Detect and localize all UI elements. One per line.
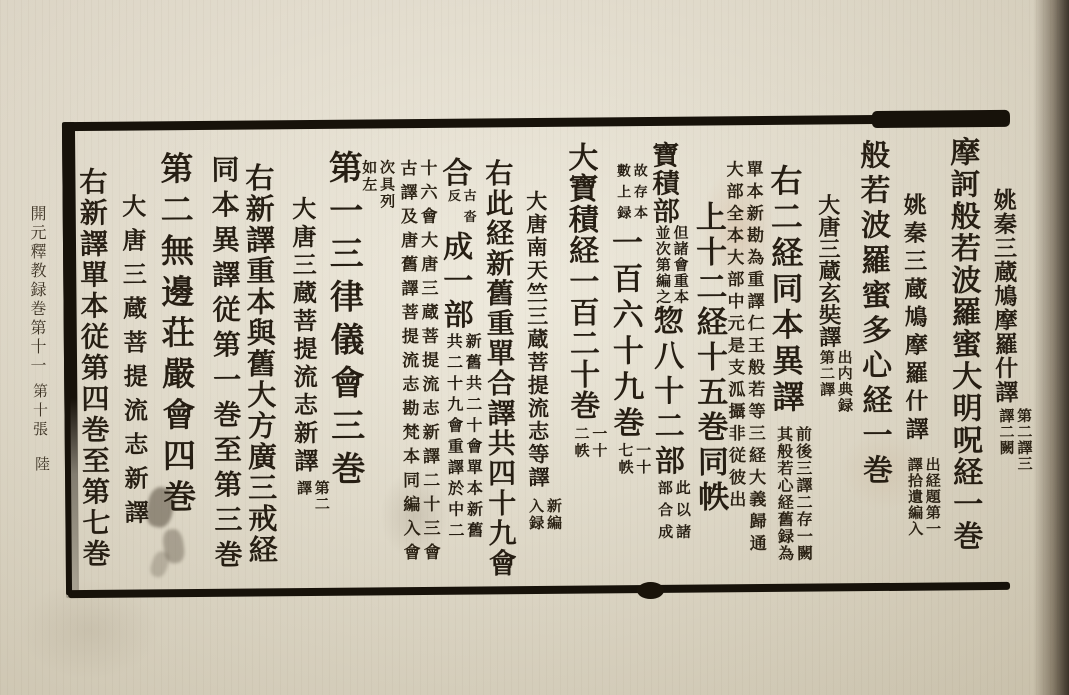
note-left-line: 七帙: [616, 442, 633, 476]
note-left-line: 如左: [359, 159, 376, 210]
statement-head: 合: [437, 157, 470, 189]
translator-line: 大唐三蔵玄奘譯: [816, 193, 842, 347]
note-left-line: 部合成: [655, 480, 672, 546]
inline-note: 新舊共二十會單本新舊共二十九會重譯於中二: [442, 332, 483, 542]
section-count: 惣八十二部: [649, 305, 684, 480]
column-translator-kumarajiva-prev: 姚秦三蔵鳩摩羅什譯: [992, 188, 1017, 404]
frame-top-border: [62, 114, 1010, 131]
sutra-title: 般若波羅蜜多心経一巻: [855, 139, 891, 489]
column-note-assemblies-detail: 十六會大唐三蔵菩提流志新譯二十三會 古譯及唐舊譯菩提流志勘梵本同編入會: [396, 159, 441, 567]
note-right-line: 前後三譯二存一闕: [793, 426, 812, 562]
column-statement-twelve-sutras: 上十二経十五巻同帙: [693, 200, 727, 515]
translator-line: 大唐南天竺三蔵菩提流志等譯: [524, 190, 551, 489]
note-right-line: 次具列: [377, 159, 394, 210]
column-note-continuation: 單本新勘為重譯仁王般若等三経大義歸通 大部全本大部中元是支泒攝非従彼出: [722, 160, 767, 556]
column-translator-xuanzang: 大唐三蔵玄奘譯: [817, 193, 840, 347]
note-two-sutras: 前後三譯二存一闕 其般若心経舊録為: [773, 426, 813, 562]
statement-line: 上十二経十五巻同帙: [691, 200, 729, 515]
column-statement-two-sutras: 右二経同本異譯: [768, 164, 802, 416]
note-right-line: 新舊共二十會單本新舊: [462, 333, 482, 543]
translator-line: 大唐三蔵菩提流志新譯: [288, 196, 316, 476]
column-translator-kumarajiva: 姚秦三蔵鳩摩羅什譯: [902, 193, 927, 445]
column-title-da-baoji-jing: 大寶積経一百二十巻: [564, 142, 596, 421]
statement-line: 右此経新舊重單合譯共四十九會: [481, 158, 516, 578]
page-gutter-shadow: [1033, 0, 1069, 695]
column-statement-49-assemblies: 右此経新舊重單合譯共四十九會: [482, 158, 514, 578]
statement-line: 右二経同本異譯: [766, 164, 804, 416]
note-right-line: 第二: [312, 480, 329, 512]
juan-count: 一百六十九巻: [607, 226, 644, 442]
note-left-line: 並次第編之: [653, 225, 670, 305]
note-right-line: 新編: [544, 498, 561, 532]
frame-bottom-border: [68, 582, 1010, 598]
note-left-line: 入録: [526, 498, 543, 532]
note-newly-compiled: 新編 入録: [525, 498, 562, 532]
note-translator-xuanzang: 出内典録 第二譯: [816, 349, 853, 413]
sheet-number-text: 第十張: [31, 383, 47, 440]
running-title-text: 開元釋教録巻第十一: [28, 205, 45, 376]
column-statement-sanjie-jing: 右新譯重本與舊大方廣三戒経: [242, 162, 275, 565]
column-note-listed-below: 次具列 如左: [358, 159, 395, 210]
note-right-line: 但諸會重本: [671, 225, 688, 305]
column-statement-one-bu: 合古沓反成一部新舊共二十會單本新舊共二十九會重譯於中二: [438, 157, 483, 543]
translator-line: 姚秦三蔵鳩摩羅什譯: [991, 188, 1018, 404]
statement-line: 同本異譯従第一巻至第三巻: [207, 155, 242, 575]
column-title-assembly1-sanluyi: 第一三律儀會三巻: [324, 150, 361, 494]
assembly-title: 第二無邊荘嚴會四巻: [155, 151, 194, 520]
note-left-line: 其般若心経舊録為: [774, 426, 793, 562]
inline-note: 一十七帙: [615, 442, 652, 476]
frame-ink-thickening: [872, 110, 1010, 128]
note-right-line: 單本新勘為重譯仁王般若等三経大義歸通: [743, 160, 765, 556]
column-title-heart-sutra: 般若波羅蜜多心経一巻: [856, 139, 889, 489]
inline-note: 故存本數上録: [613, 163, 648, 226]
note-translator-kumarajiva-prev: 第二譯三 譯二闕: [995, 408, 1032, 472]
sutra-title: 摩訶般若波羅蜜大明呪経一巻: [945, 136, 982, 552]
note-right-line: 此以諸: [673, 480, 690, 546]
ink-smudge: [148, 549, 172, 579]
statement-line: 右新譯重本與舊大方廣三戒経: [241, 162, 277, 565]
note-right-line: 第二譯三: [1014, 408, 1031, 472]
column-section-header-baoji: 寶積部但諸會重本並次第編之惣八十二部此以諸部合成: [648, 141, 691, 546]
note-translator-kumarajiva: 出経題第一 譯拾遺編入: [904, 456, 941, 536]
column-title-assembly2-wubian: 第二無邊荘嚴會四巻: [156, 151, 192, 520]
note-left-line: 共二十九會重譯於中二: [443, 333, 463, 543]
sutra-title: 大寶積経一百二十巻: [563, 141, 598, 420]
note-left-line: 二帙: [572, 426, 589, 460]
statement-line: 右新譯單本従第四巻至第七巻: [75, 167, 110, 570]
inline-note: 此以諸部合成: [654, 480, 691, 546]
note-left-line: 譯: [294, 480, 311, 512]
scanned-catalog-page: 姚秦三蔵鳩摩羅什譯 第二譯三 譯二闕 摩訶般若波羅蜜大明呪経一巻 姚秦三蔵鳩摩羅…: [0, 0, 1069, 695]
column-translator-bodhiruci-2nd: 大唐三蔵菩提流志新譯: [289, 196, 315, 476]
text-frame-border: 姚秦三蔵鳩摩羅什譯 第二譯三 譯二闕 摩訶般若波羅蜜大明呪経一巻 姚秦三蔵鳩摩羅…: [62, 114, 1014, 598]
note-right-line: 十六會大唐三蔵菩提流志新譯二十三會: [417, 159, 440, 567]
note-right-line: 故存本: [631, 163, 647, 226]
note-right-line: 出経題第一: [923, 457, 940, 537]
note-left-line: 譯拾遺編入: [905, 457, 922, 537]
margin-sheet-mark: 陸: [33, 456, 48, 471]
margin-sheet-number: 第十張: [31, 383, 46, 440]
assembly-title: 第一三律儀會三巻: [323, 150, 363, 494]
translator-line: 大唐三蔵菩提流志新譯: [118, 193, 147, 533]
note-right-line: 一十: [633, 442, 650, 476]
column-title-daming-zhou-jing: 摩訶般若波羅蜜大明呪経一巻: [946, 136, 980, 552]
column-statement-juan4-7: 右新譯單本従第四巻至第七巻: [76, 167, 108, 570]
section-name: 寶積部: [648, 141, 679, 225]
column-translator-bodhiruci-et-al: 大唐南天竺三蔵菩提流志等譯: [525, 190, 549, 489]
sheet-mark-text: 陸: [33, 456, 49, 471]
ink-blot: [637, 582, 664, 599]
column-statement-juan1-3: 同本異譯従第一巻至第三巻: [208, 155, 240, 575]
translator-line: 姚秦三蔵鳩摩羅什譯: [901, 193, 928, 445]
note-da-baoji-case-count: 一十 二帙: [571, 425, 608, 459]
gloss-left-line: 反: [445, 189, 460, 231]
column-count-169-juan: 故存本數上録一百六十九巻一十七帙: [608, 163, 651, 476]
note-left-line: 譯二闕: [996, 408, 1013, 472]
note-right-line: 出内典録: [835, 349, 852, 413]
note-second-translation: 第二 譯: [293, 480, 330, 512]
column-translator-bodhiruci: 大唐三蔵菩提流志新譯: [119, 193, 146, 533]
note-right-line: 一十: [589, 425, 606, 459]
note-left-line: 數上録: [614, 163, 630, 226]
note-left-line: 古譯及唐舊譯菩提流志勘梵本同編入會: [397, 159, 420, 567]
margin-running-title: 開元釋教録巻第十一: [28, 205, 44, 376]
note-left-line: 第二譯: [817, 349, 834, 413]
inline-gloss: 古沓反: [444, 189, 476, 231]
statement-body: 成一部: [438, 231, 472, 333]
inline-note: 但諸會重本並次第編之: [652, 225, 689, 305]
gloss-right-line: 古沓: [461, 189, 476, 231]
